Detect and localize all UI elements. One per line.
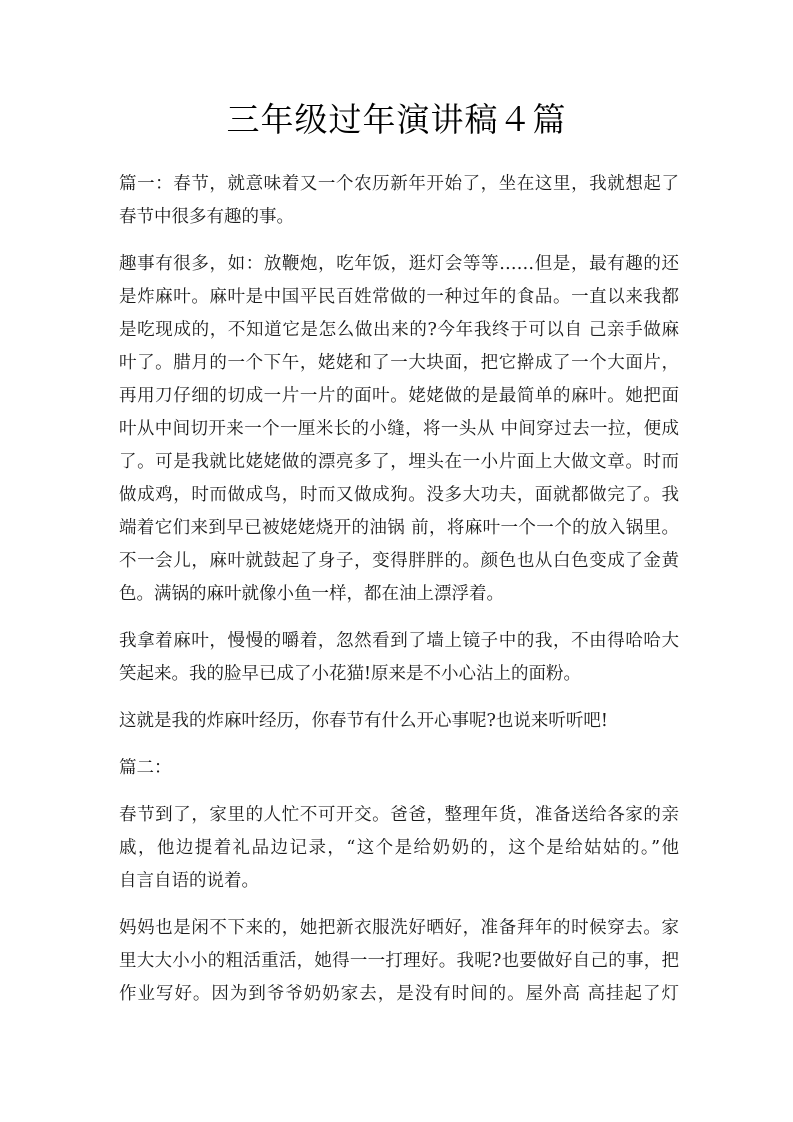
text-line: 里大大小小的粗活重活，她得一一打理好。我呢?也要做好自己的事，把 [119, 949, 679, 973]
text-line: 戚，他边提着礼品边记录，“这个是给奶奶的，这个是给姑姑的。”他 [119, 836, 679, 860]
text-line: 端着它们来到早已被姥姥烧开的油锅 前，将麻叶一个一个的放入锅里。 [119, 516, 679, 540]
text-line: 自言自语的说着。 [119, 869, 679, 893]
text-line: 叶了。腊月的一个下午，姥姥和了一大块面，把它擀成了一个大面片， [119, 351, 679, 375]
text-line: 了。可是我就比姥姥做的漂亮多了，埋头在一小片面上大做文章。时而 [119, 450, 679, 474]
page-title: 三年级过年演讲稿４篇 [0, 96, 793, 144]
text-line: 春节中很多有趣的事。 [119, 205, 679, 229]
text-line: 再用刀仔细的切成一片一片的面叶。姥姥做的是最简单的麻叶。她把面 [119, 384, 679, 408]
text-line: 色。满锅的麻叶就像小鱼一样，都在油上漂浮着。 [119, 582, 679, 606]
text-line: 是吃现成的，不知道它是怎么做出来的?今年我终于可以自 己亲手做麻 [119, 318, 679, 342]
text-line: 作业写好。因为到爷爷奶奶家去，是没有时间的。屋外高 高挂起了灯 [119, 982, 679, 1006]
text-line: 妈妈也是闲不下来的，她把新衣服洗好晒好，准备拜年的时候穿去。家 [119, 916, 679, 940]
text-line: 篇二： [119, 756, 679, 780]
text-line: 是炸麻叶。麻叶是中国平民百姓常做的一种过年的食品。一直以来我都 [119, 285, 679, 309]
text-line: 我拿着麻叶，慢慢的嚼着，忽然看到了墙上镜子中的我，不由得哈哈大 [119, 629, 679, 653]
document-page: 三年级过年演讲稿４篇 篇一：春节，就意味着又一个农历新年开始了，坐在这里，我就想… [0, 0, 793, 1122]
text-line: 笑起来。我的脸早已成了小花猫!原来是不小心沾上的面粉。 [119, 662, 679, 686]
text-line: 做成鸡，时而做成鸟，时而又做成狗。没多大功夫，面就都做完了。我 [119, 483, 679, 507]
text-line: 趣事有很多，如：放鞭炮，吃年饭，逛灯会等等……但是，最有趣的还 [119, 252, 679, 276]
text-line: 叶从中间切开来一个一厘米长的小缝，将一头从 中间穿过去一拉，便成 [119, 417, 679, 441]
text-line: 不一会儿，麻叶就鼓起了身子，变得胖胖的。颜色也从白色变成了金黄 [119, 549, 679, 573]
text-line: 春节到了，家里的人忙不可开交。爸爸，整理年货，准备送给各家的亲 [119, 803, 679, 827]
text-line: 这就是我的炸麻叶经历，你春节有什么开心事呢?也说来听听吧! [119, 709, 679, 733]
text-line: 篇一：春节，就意味着又一个农历新年开始了，坐在这里，我就想起了 [119, 172, 679, 196]
